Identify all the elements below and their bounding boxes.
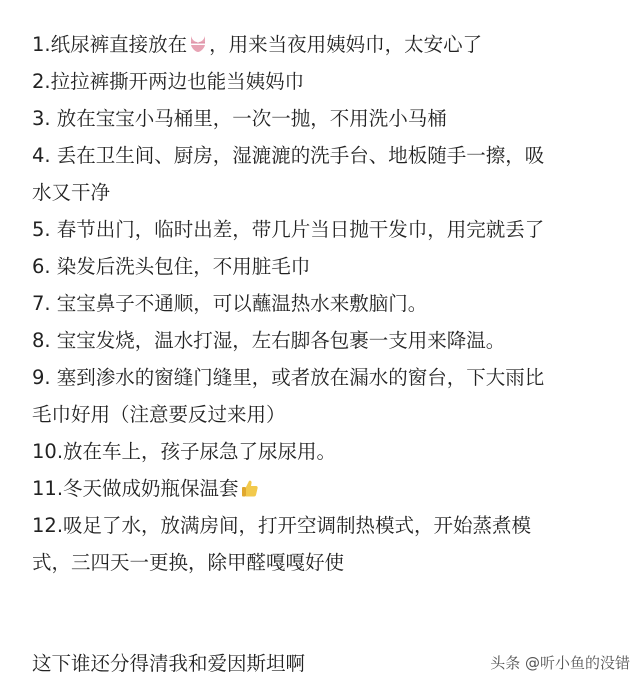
list-item-continuation: 式，三四天一更换，除甲醛嘎嘎好使	[32, 544, 612, 581]
list-item: 10.放在车上，孩子尿急了尿尿用。	[32, 433, 612, 470]
list-item: 11.冬天做成奶瓶保温套	[32, 470, 612, 507]
watermark: 头条 @听小鱼的没错	[490, 650, 630, 676]
list-item: 6. 染发后洗头包住，不用脏毛巾	[32, 248, 612, 285]
list-item: 2.拉拉裤撕开两边也能当姨妈巾	[32, 63, 612, 100]
list-item-text: 1.纸尿裤直接放在	[32, 33, 187, 56]
list-item: 8. 宝宝发烧，温水打湿，左右脚各包裹一支用来降温。	[32, 322, 612, 359]
list-item-continuation: 水又干净	[32, 174, 612, 211]
list-item: 9. 塞到渗水的窗缝门缝里，或者放在漏水的窗台，下大雨比	[32, 359, 612, 396]
list-item: 1.纸尿裤直接放在，用来当夜用姨妈巾，太安心了	[32, 26, 612, 63]
thumbs-up-icon	[240, 473, 260, 493]
list-item: 5. 春节出门，临时出差，带几片当日抛干发巾，用完就丢了	[32, 211, 612, 248]
list-item: 3. 放在宝宝小马桶里，一次一抛，不用洗小马桶	[32, 100, 612, 137]
list-item-continuation: 毛巾好用（注意要反过来用）	[32, 396, 612, 433]
list-item: 7. 宝宝鼻子不通顺，可以蘸温热水来敷脑门。	[32, 285, 612, 322]
list-item-text: ，用来当夜用姨妈巾，太安心了	[209, 33, 482, 56]
list-item-text: 11.冬天做成奶瓶保温套	[32, 477, 239, 500]
bikini-icon	[188, 29, 208, 49]
tips-list: 1.纸尿裤直接放在，用来当夜用姨妈巾，太安心了 2.拉拉裤撕开两边也能当姨妈巾 …	[32, 26, 612, 581]
closing-remark: 这下谁还分得清我和爱因斯坦啊	[32, 645, 305, 682]
list-item: 12.吸足了水，放满房间，打开空调制热模式，开始蒸煮模	[32, 507, 612, 544]
list-item: 4. 丢在卫生间、厨房，湿漉漉的洗手台、地板随手一擦，吸	[32, 137, 612, 174]
